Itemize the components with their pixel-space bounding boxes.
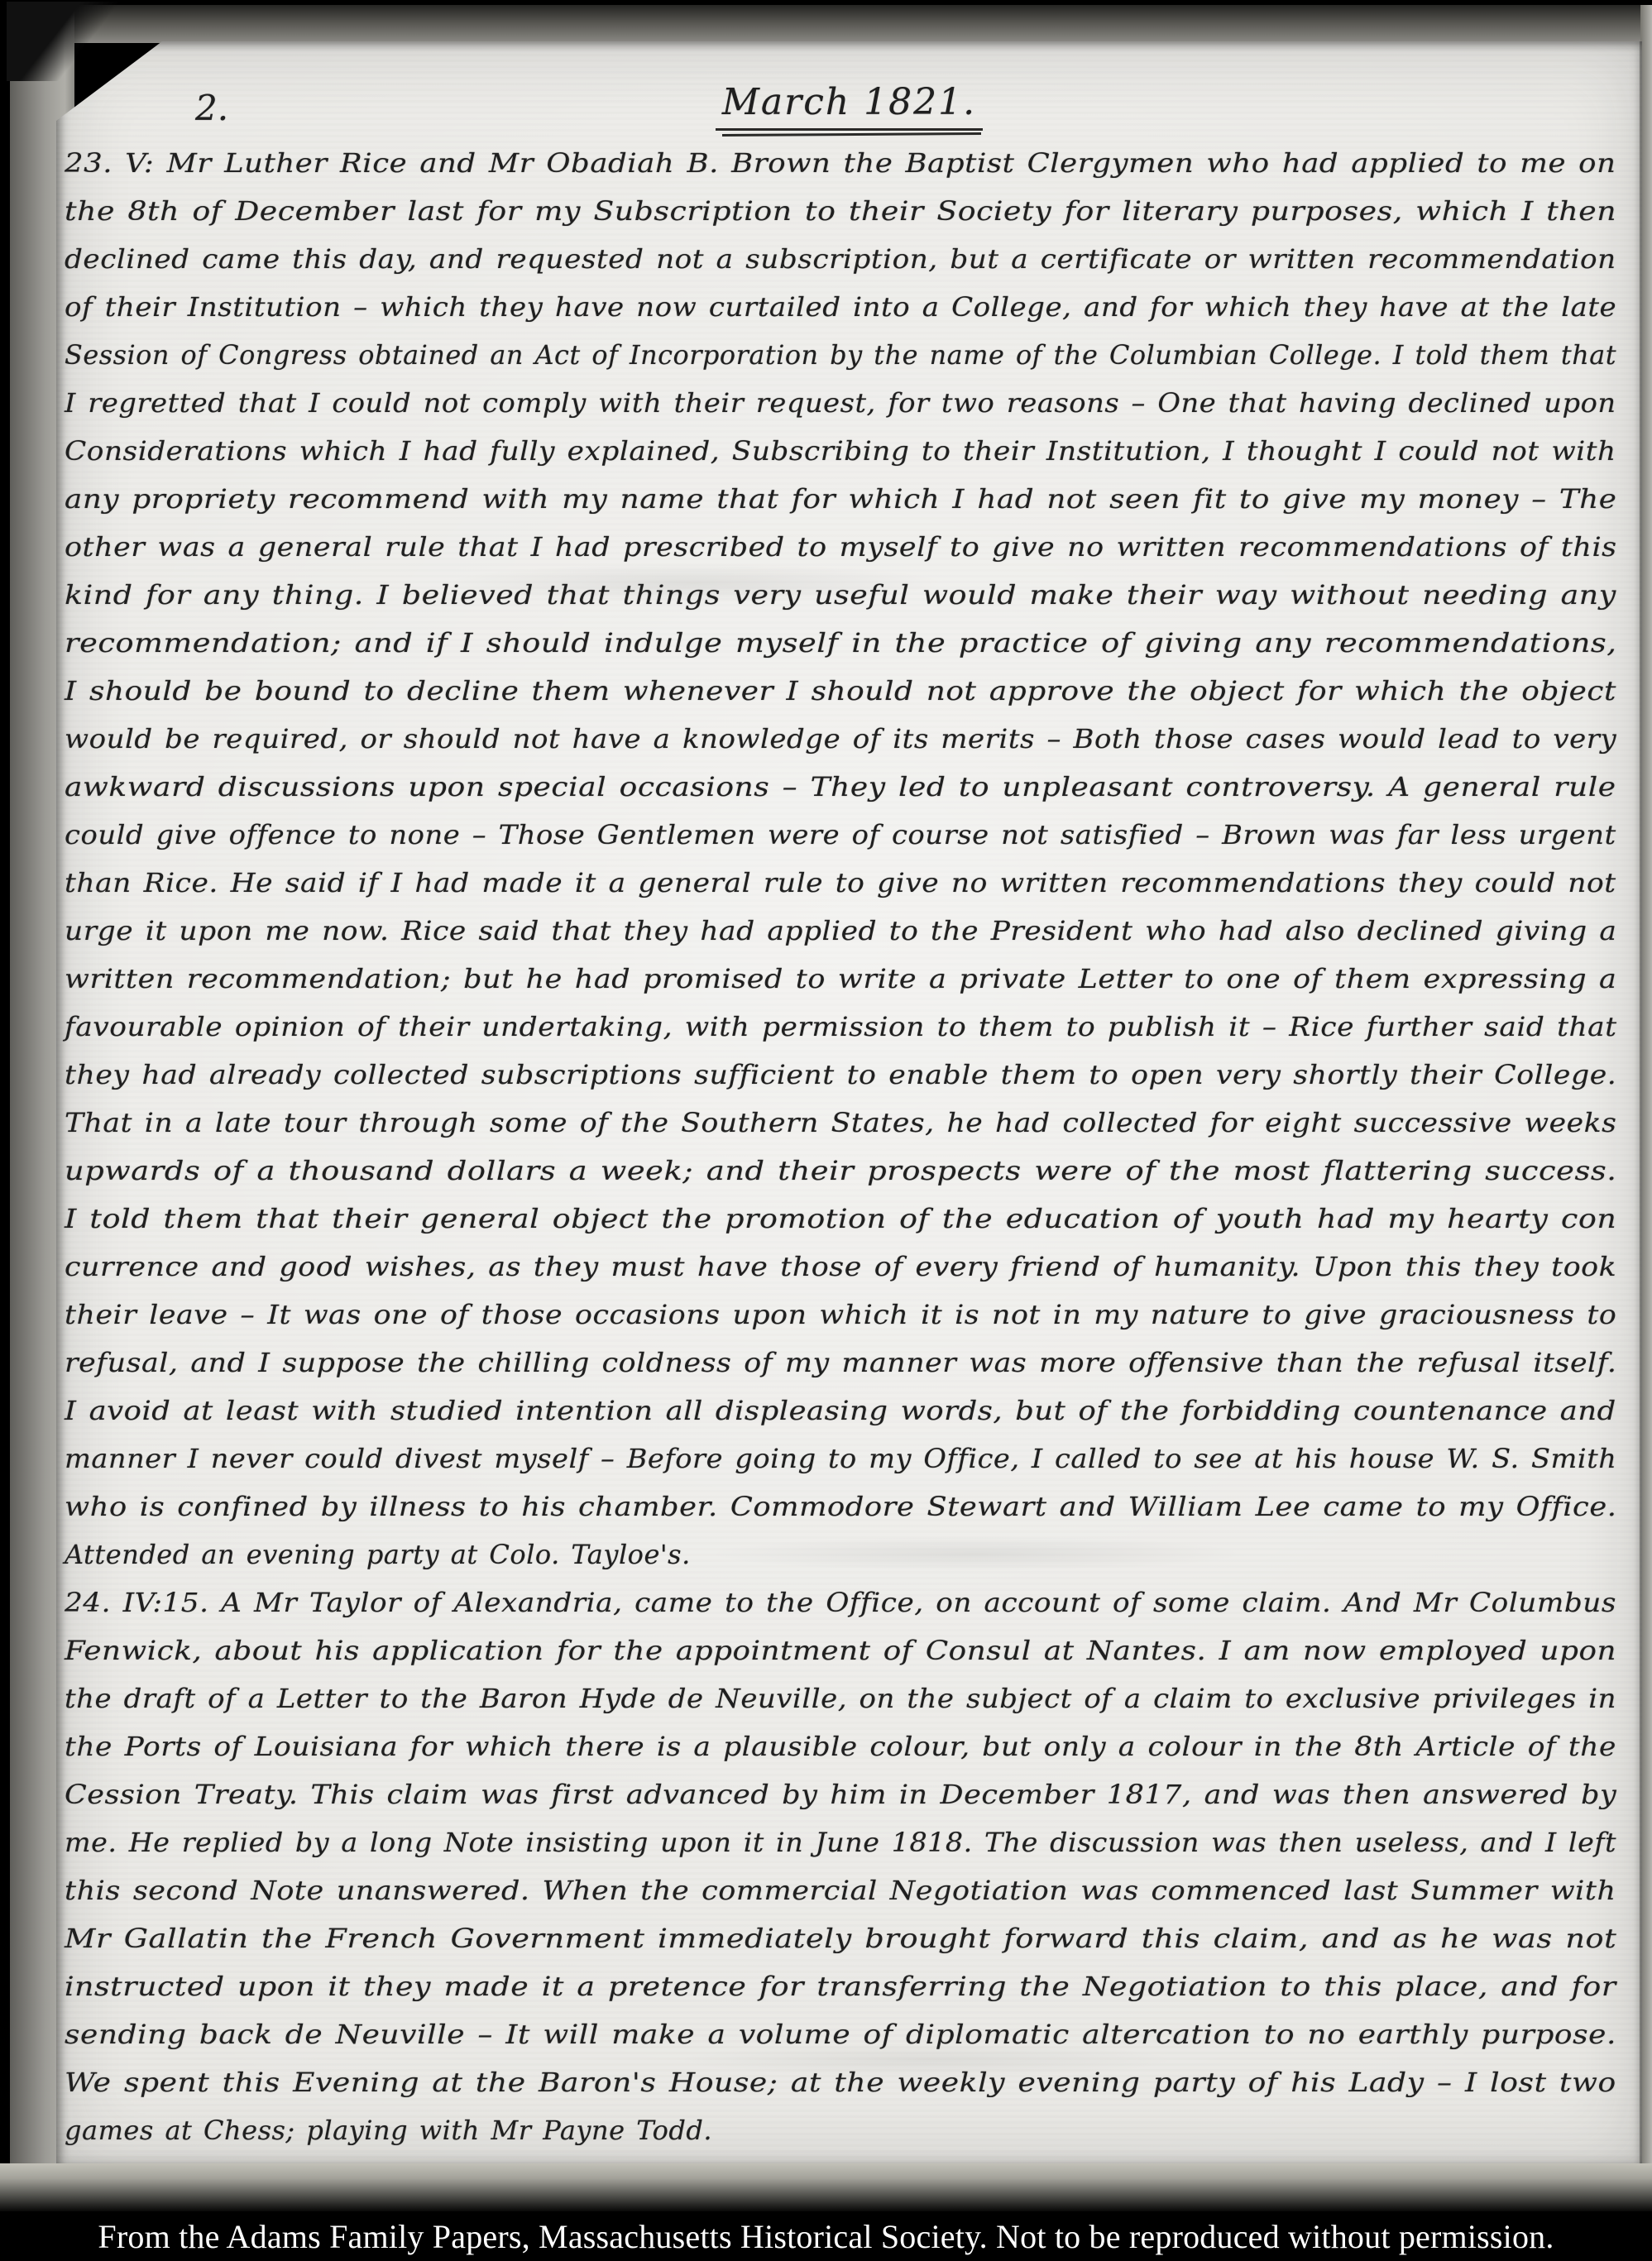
manuscript-line: That in a late tour through some of the …: [65, 1099, 1616, 1147]
manuscript-line: who is confined by illness to his chambe…: [65, 1483, 1616, 1530]
manuscript-line: than Rice. He said if I had made it a ge…: [65, 859, 1616, 907]
manuscript-line: 24. IV:15. A Mr Taylor of Alexandria, ca…: [65, 1578, 1616, 1626]
manuscript-text: 23. V: Mr Luther Rice and Mr Obadiah B. …: [65, 139, 1616, 2154]
manuscript-line: would be required, or should not have a …: [65, 715, 1616, 763]
manuscript-line: awkward discussions upon special occasio…: [65, 763, 1616, 811]
manuscript-line: I avoid at least with studied intention …: [65, 1387, 1616, 1435]
manuscript-line: declined came this day, and requested no…: [65, 235, 1616, 283]
caption-bar: From the Adams Family Papers, Massachuse…: [0, 2211, 1652, 2261]
manuscript-line: recommendation; and if I should indulge …: [65, 619, 1616, 667]
manuscript-line: Considerations which I had fully explain…: [65, 427, 1616, 475]
manuscript-line: Attended an evening party at Colo. Taylo…: [65, 1530, 1616, 1578]
manuscript-line: written recommendation; but he had promi…: [65, 955, 1616, 1003]
manuscript-line: 23. V: Mr Luther Rice and Mr Obadiah B. …: [65, 139, 1616, 187]
manuscript-line: I should be bound to decline them whenev…: [65, 667, 1616, 715]
manuscript-line: kind for any thing. I believed that thin…: [65, 571, 1616, 619]
manuscript-line: me. He replied by a long Note insisting …: [65, 1818, 1616, 1866]
manuscript-scan: 2. March 1821. 23. V: Mr Luther Rice and…: [0, 0, 1652, 2261]
manuscript-line: refusal, and I suppose the chilling cold…: [65, 1339, 1616, 1387]
manuscript-line: any propriety recommend with my name tha…: [65, 475, 1616, 523]
manuscript-line: could give offence to none – Those Gentl…: [65, 811, 1616, 859]
manuscript-line: this second Note unanswered. When the co…: [65, 1866, 1616, 1914]
manuscript-line: manner I never could divest myself – Bef…: [65, 1435, 1616, 1483]
manuscript-line: instructed upon it they made it a preten…: [65, 1962, 1616, 2010]
manuscript-line: the Ports of Louisiana for which there i…: [65, 1722, 1616, 1770]
manuscript-line: games at Chess; playing with Mr Payne To…: [65, 2106, 1616, 2154]
page-title: March 1821.: [56, 81, 1642, 131]
manuscript-line: of their Institution – which they have n…: [65, 283, 1616, 331]
manuscript-line: urge it upon me now. Rice said that they…: [65, 907, 1616, 955]
manuscript-line: the 8th of December last for my Subscrip…: [65, 187, 1616, 235]
manuscript-line: their leave – It was one of those occasi…: [65, 1291, 1616, 1339]
manuscript-line: upwards of a thousand dollars a week; an…: [65, 1147, 1616, 1195]
manuscript-line: the draft of a Letter to the Baron Hyde …: [65, 1674, 1616, 1722]
book-edge-bottom: [0, 2163, 1652, 2213]
manuscript-line: I told them that their general object th…: [65, 1195, 1616, 1243]
book-edge-top: [10, 5, 1647, 43]
manuscript-line: Cession Treaty. This claim was first adv…: [65, 1770, 1616, 1818]
page-title-text: March 1821.: [716, 81, 983, 131]
book-edge-right: [1640, 5, 1652, 2208]
manuscript-line: currence and good wishes, as they must h…: [65, 1243, 1616, 1291]
manuscript-line: Session of Congress obtained an Act of I…: [65, 331, 1616, 379]
manuscript-line: they had already collected subscriptions…: [65, 1051, 1616, 1099]
manuscript-line: favourable opinion of their undertaking,…: [65, 1003, 1616, 1051]
manuscript-page: 2. March 1821. 23. V: Mr Luther Rice and…: [56, 41, 1642, 2170]
manuscript-line: Mr Gallatin the French Government immedi…: [65, 1914, 1616, 1962]
manuscript-line: I regretted that I could not comply with…: [65, 379, 1616, 427]
manuscript-line: sending back de Neuville – It will make …: [65, 2010, 1616, 2058]
manuscript-line: other was a general rule that I had pres…: [65, 523, 1616, 571]
caption-text: From the Adams Family Papers, Massachuse…: [98, 2217, 1554, 2256]
manuscript-line: We spent this Evening at the Baron's Hou…: [65, 2058, 1616, 2106]
manuscript-line: Fenwick, about his application for the a…: [65, 1626, 1616, 1674]
